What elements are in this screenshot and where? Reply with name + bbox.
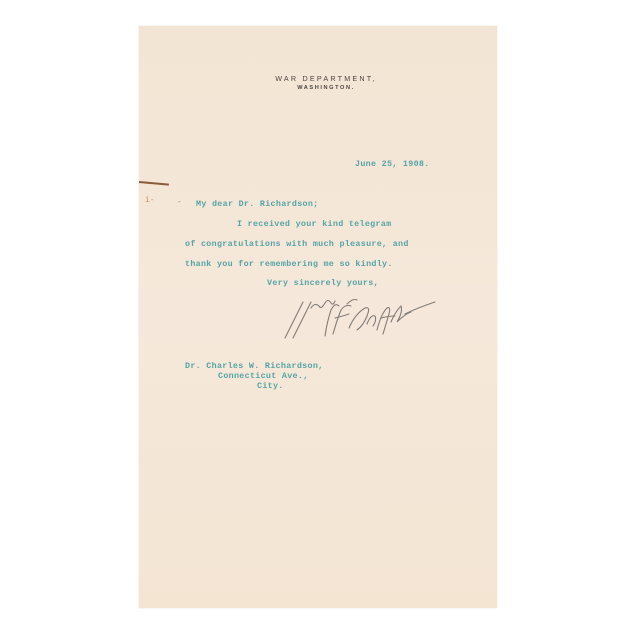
signature: [281, 288, 441, 348]
margin-dash-mark: i-: [145, 196, 155, 205]
address-line-2: Connecticut Ave.,: [218, 371, 309, 381]
address-line-3: City.: [257, 381, 284, 391]
closing: Very sincerely yours,: [267, 278, 379, 288]
pre-salutation-mark: -: [177, 198, 182, 207]
margin-ink-stroke: [139, 181, 169, 186]
body-line-3: thank you for remembering me so kindly.: [185, 259, 393, 269]
body-line-2: of congratulations with much pleasure, a…: [185, 239, 409, 249]
salutation: My dear Dr. Richardson;: [196, 199, 319, 209]
body-line-1: I received your kind telegram: [237, 219, 391, 229]
letterhead-city: WASHINGTON.: [147, 85, 505, 91]
letter-date: June 25, 1908.: [355, 159, 430, 169]
address-line-1: Dr. Charles W. Richardson,: [185, 361, 323, 371]
letter-paper: WAR DEPARTMENT, WASHINGTON. June 25, 190…: [139, 26, 497, 608]
letterhead-organization: WAR DEPARTMENT,: [147, 74, 505, 83]
